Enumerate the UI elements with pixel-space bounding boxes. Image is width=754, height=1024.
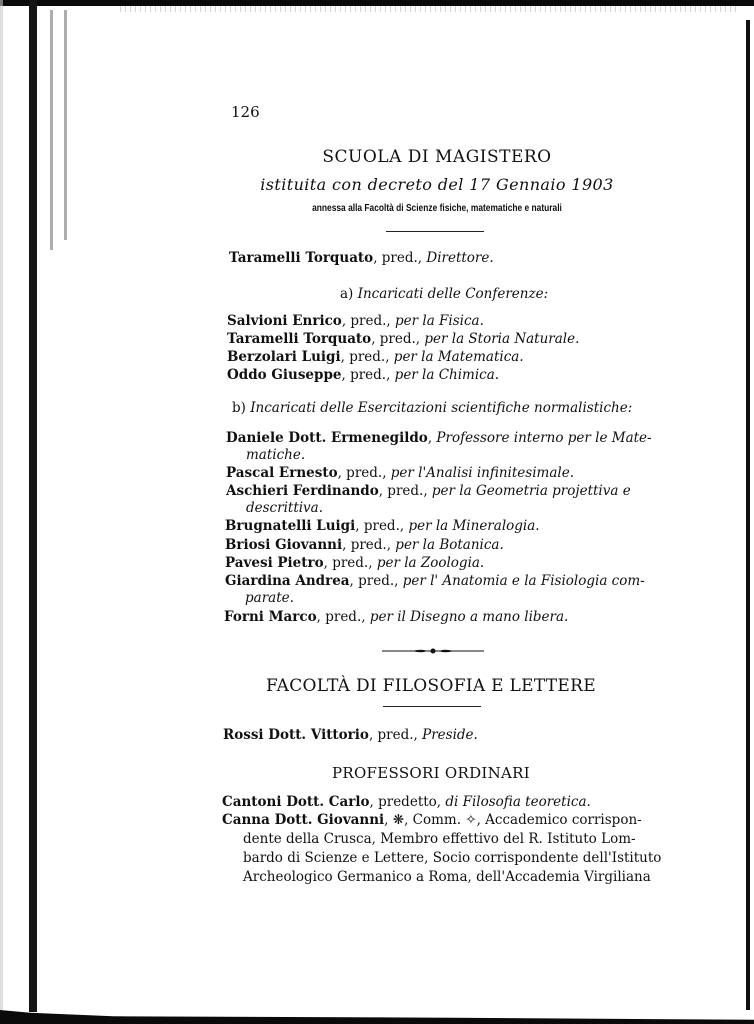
person-title: , pred., — [355, 518, 408, 534]
list-item: Salvioni Enrico, pred., per la Fisica. — [227, 313, 484, 329]
subsection-label: Incaricati delle Esercitazioni scientifi… — [250, 400, 632, 416]
person-role: per la Storia Naturale. — [424, 331, 579, 347]
person-name: Forni Marco — [224, 609, 317, 625]
person-role: per la Fisica. — [395, 313, 484, 329]
list-item: Forni Marco, pred., per il Disegno a man… — [224, 609, 568, 625]
person-name: Briosi Giovanni — [225, 537, 342, 553]
page-right-edge — [746, 20, 750, 1010]
section-subtitle: istituita con decreto del 17 Gennaio 190… — [0, 175, 754, 194]
scan-bottom-border — [0, 1010, 754, 1024]
gutter-bleed-line — [64, 10, 67, 240]
list-item: Brugnatelli Luigi, pred., per la Mineral… — [225, 518, 540, 534]
subsection-heading-a: a) Incaricati delle Conferenze: — [340, 286, 548, 302]
divider-rule — [386, 231, 484, 232]
person-title: , pred., — [341, 349, 394, 365]
list-item: Daniele Dott. Ermenegildo, Professore in… — [226, 430, 652, 446]
subsection-label: Incaricati delle Conferenze: — [358, 286, 549, 302]
ornament-divider-icon — [382, 648, 484, 654]
subsection-title-professori: PROFESSORI ORDINARI — [0, 764, 754, 782]
person-role: per la Zoologia. — [377, 555, 484, 571]
person-name: Giardina Andrea — [225, 573, 350, 589]
person-role: di Filosofia teoretica. — [445, 794, 590, 810]
list-item: Taramelli Torquato, pred., per la Storia… — [227, 331, 579, 347]
person-name: Aschieri Ferdinando — [226, 483, 379, 499]
person-role: Direttore. — [426, 250, 493, 266]
list-item-continuation: matiche. — [246, 447, 305, 463]
person-title: , pred., — [342, 537, 395, 553]
scanned-page: 126 SCUOLA DI MAGISTERO istituita con de… — [0, 0, 754, 1024]
divider-rule — [383, 706, 481, 707]
person-title: , pred., — [324, 555, 377, 571]
person-title: , pred., — [341, 367, 394, 383]
person-role: per la Matematica. — [394, 349, 524, 365]
person-role: per la Geometria projettiva e — [432, 483, 631, 499]
person-role: per l' Anatomia e la Fisiologia com- — [403, 573, 645, 589]
paragraph-line: dente della Crusca, Membro effettivo del… — [243, 831, 636, 847]
person-title: , predetto, — [370, 794, 446, 810]
person-role: Preside. — [422, 727, 478, 743]
person-title: , pred., — [317, 609, 370, 625]
section-annex-note: annessa alla Facoltà di Scienze fisiche,… — [87, 202, 754, 214]
person-role: per la Chimica. — [395, 367, 499, 383]
person-title: , pred., — [342, 313, 395, 329]
section-title-scuola: SCUOLA DI MAGISTERO — [0, 147, 754, 167]
person-title: , pred., — [371, 331, 424, 347]
list-item: Pavesi Pietro, pred., per la Zoologia. — [225, 555, 484, 571]
person-role: per il Disegno a mano libera. — [370, 609, 568, 625]
person-name: Salvioni Enrico — [227, 313, 342, 329]
list-item: Canna Dott. Giovanni, ❋, Comm. ✧, Accade… — [222, 812, 642, 828]
person-title: , pred., — [369, 727, 422, 743]
person-name: Canna Dott. Giovanni — [222, 812, 384, 828]
section-title-facolta: FACOLTÀ DI FILOSOFIA E LETTERE — [0, 676, 754, 696]
person-honors: , ❋, Comm. ✧, Accademico corrispon- — [384, 812, 642, 828]
scan-top-noise — [120, 6, 740, 12]
person-name: Cantoni Dott. Carlo — [222, 794, 370, 810]
list-item: Giardina Andrea, pred., per l' Anatomia … — [225, 573, 645, 589]
person-role: Professore interno per le Mate- — [436, 430, 651, 446]
person-title: , pred., — [350, 573, 403, 589]
subsection-heading-b: b) Incaricati delle Esercitazioni scient… — [232, 400, 632, 416]
person-role: per l'Analisi infinitesimale. — [391, 465, 574, 481]
gutter-bleed-line — [50, 10, 53, 250]
person-name: Taramelli Torquato — [227, 331, 371, 347]
subsection-marker: a) — [340, 286, 358, 302]
preside-entry: Rossi Dott. Vittorio, pred., Preside. — [223, 727, 478, 743]
director-entry: Taramelli Torquato, pred., Direttore. — [229, 250, 494, 266]
page-number: 126 — [231, 103, 260, 121]
person-name: Brugnatelli Luigi — [225, 518, 355, 534]
person-title: , pred., — [373, 250, 426, 266]
person-name: Rossi Dott. Vittorio — [223, 727, 369, 743]
paragraph-line: Archeologico Germanico a Roma, dell'Acca… — [243, 869, 651, 885]
person-role: per la Botanica. — [395, 537, 503, 553]
subsection-marker: b) — [232, 400, 250, 416]
list-item: Pascal Ernesto, pred., per l'Analisi inf… — [226, 465, 574, 481]
person-name: Pavesi Pietro — [225, 555, 324, 571]
person-title: , pred., — [379, 483, 432, 499]
list-item: Berzolari Luigi, pred., per la Matematic… — [227, 349, 524, 365]
paragraph-line: bardo di Scienze e Lettere, Socio corris… — [243, 850, 661, 866]
person-name: Oddo Giuseppe — [227, 367, 341, 383]
list-item: Briosi Giovanni, pred., per la Botanica. — [225, 537, 504, 553]
person-name: Daniele Dott. Ermenegildo — [226, 430, 428, 446]
list-item-continuation: descrittiva. — [246, 500, 323, 516]
person-name: Pascal Ernesto — [226, 465, 338, 481]
person-name: Taramelli Torquato — [229, 250, 373, 266]
person-name: Berzolari Luigi — [227, 349, 341, 365]
person-title: , pred., — [338, 465, 391, 481]
list-item: Oddo Giuseppe, pred., per la Chimica. — [227, 367, 499, 383]
list-item-continuation: parate. — [245, 590, 294, 606]
list-item: Cantoni Dott. Carlo, predetto, di Filoso… — [222, 794, 591, 810]
list-item: Aschieri Ferdinando, pred., per la Geome… — [226, 483, 631, 499]
person-role: per la Mineralogia. — [408, 518, 539, 534]
